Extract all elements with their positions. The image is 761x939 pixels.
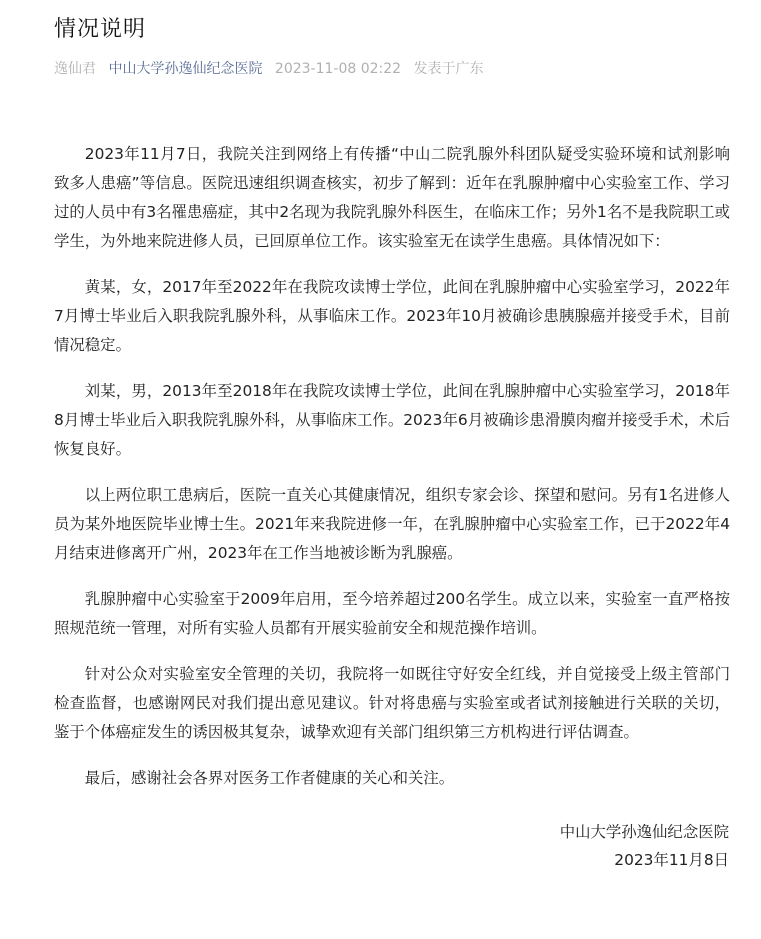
signature-block: 中山大学孙逸仙纪念医院 2023年11月8日 (560, 818, 729, 874)
paragraph: 以上两位职工患病后，医院一直关心其健康情况，组织专家会诊、探望和慰问。另有1名进… (54, 481, 730, 568)
paragraph: 针对公众对实验室安全管理的关切，我院将一如既往守好安全红线，并自觉接受上级主管部… (54, 660, 730, 747)
article-title: 情况说明 (54, 12, 146, 43)
publish-location: 发表于广东 (414, 61, 484, 77)
paragraph: 黄某，女，2017年至2022年在我院攻读博士学位，此间在乳腺肿瘤中心实验室学习… (54, 273, 730, 360)
article-body: 2023年11月7日，我院关注到网络上有传播“中山二院乳腺外科团队疑受实验环境和… (54, 140, 730, 810)
paragraph: 2023年11月7日，我院关注到网络上有传播“中山二院乳腺外科团队疑受实验环境和… (54, 140, 730, 256)
paragraph: 乳腺肿瘤中心实验室于2009年启用，至今培养超过200名学生。成立以来，实验室一… (54, 585, 730, 643)
paragraph: 最后，感谢社会各界对医务工作者健康的关心和关注。 (54, 764, 730, 793)
publish-datetime: 2023-11-08 02:22 (275, 61, 401, 77)
signature-date: 2023年11月8日 (560, 846, 729, 874)
article-meta: 逸仙君 中山大学孙逸仙纪念医院 2023-11-08 02:22 发表于广东 (54, 58, 492, 78)
signature-organization: 中山大学孙逸仙纪念医院 (560, 818, 729, 846)
paragraph: 刘某，男，2013年至2018年在我院攻读博士学位，此间在乳腺肿瘤中心实验室学习… (54, 377, 730, 464)
author-name: 逸仙君 (54, 61, 96, 77)
account-link[interactable]: 中山大学孙逸仙纪念医院 (108, 61, 262, 77)
